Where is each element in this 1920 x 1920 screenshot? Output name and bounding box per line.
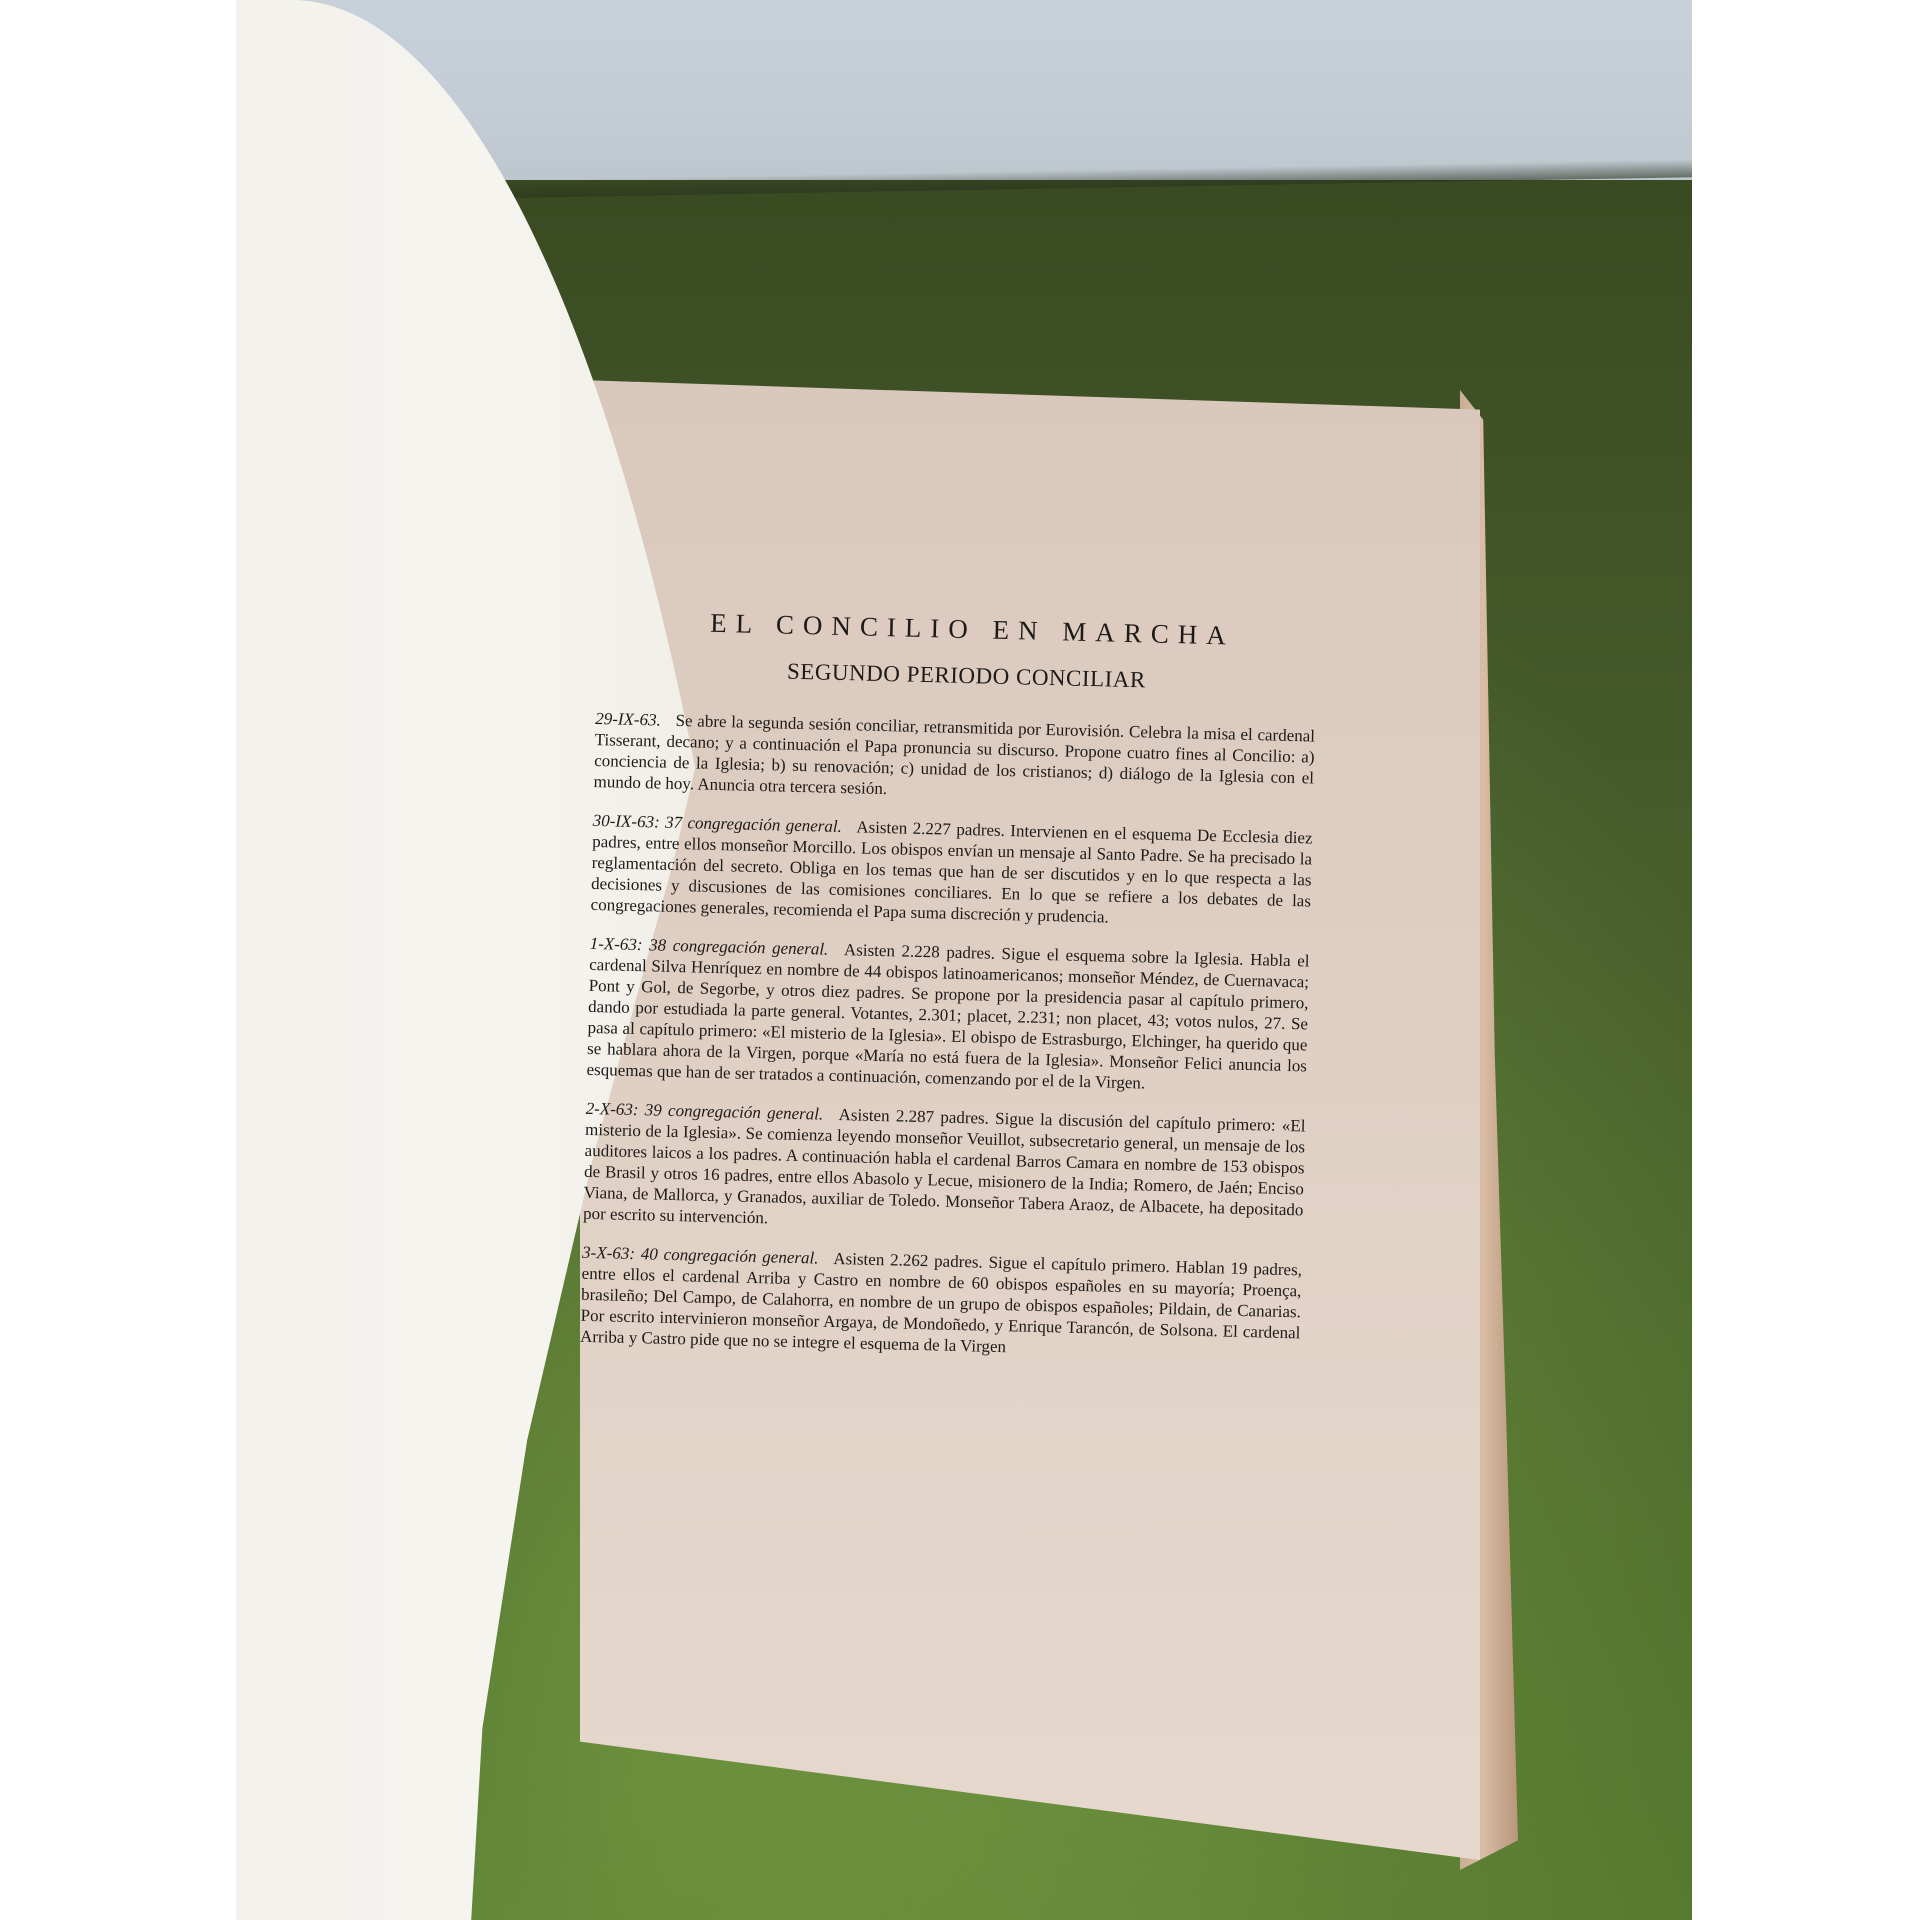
image-border-right	[1692, 0, 1920, 1920]
entry-text: Asisten 2.287 padres. Sigue la discusión…	[583, 1105, 1306, 1227]
entry: 2-X-63: 39 congregación general. Asisten…	[583, 1098, 1306, 1242]
entry-heading: 29-IX-63.	[595, 709, 661, 730]
entry-text: Asisten 2.227 padres. Intervienen en el …	[590, 817, 1312, 926]
image-border-left	[0, 0, 236, 1920]
entry-text: Asisten 2.262 padres. Sigue el capítulo …	[580, 1249, 1302, 1356]
entry-text: Asisten 2.228 padres. Sigue el esquema s…	[586, 940, 1309, 1092]
page-subtitle: SEGUNDO PERIODO CONCILIAR	[616, 654, 1316, 697]
entry: 29-IX-63. Se abre la segunda sesión conc…	[593, 708, 1315, 810]
book-photo: EL CONCILIO EN MARCHA SEGUNDO PERIODO CO…	[0, 0, 1920, 1920]
entry: 1-X-63: 38 congregación general. Asisten…	[586, 933, 1309, 1098]
entry: 30-IX-63: 37 congregación general. Asist…	[590, 810, 1312, 933]
page-text: EL CONCILIO EN MARCHA SEGUNDO PERIODO CO…	[579, 605, 1317, 1382]
entry: 3-X-63: 40 congregación general. Asisten…	[580, 1242, 1302, 1365]
entry-text: Se abre la segunda sesión conciliar, ret…	[593, 711, 1315, 798]
